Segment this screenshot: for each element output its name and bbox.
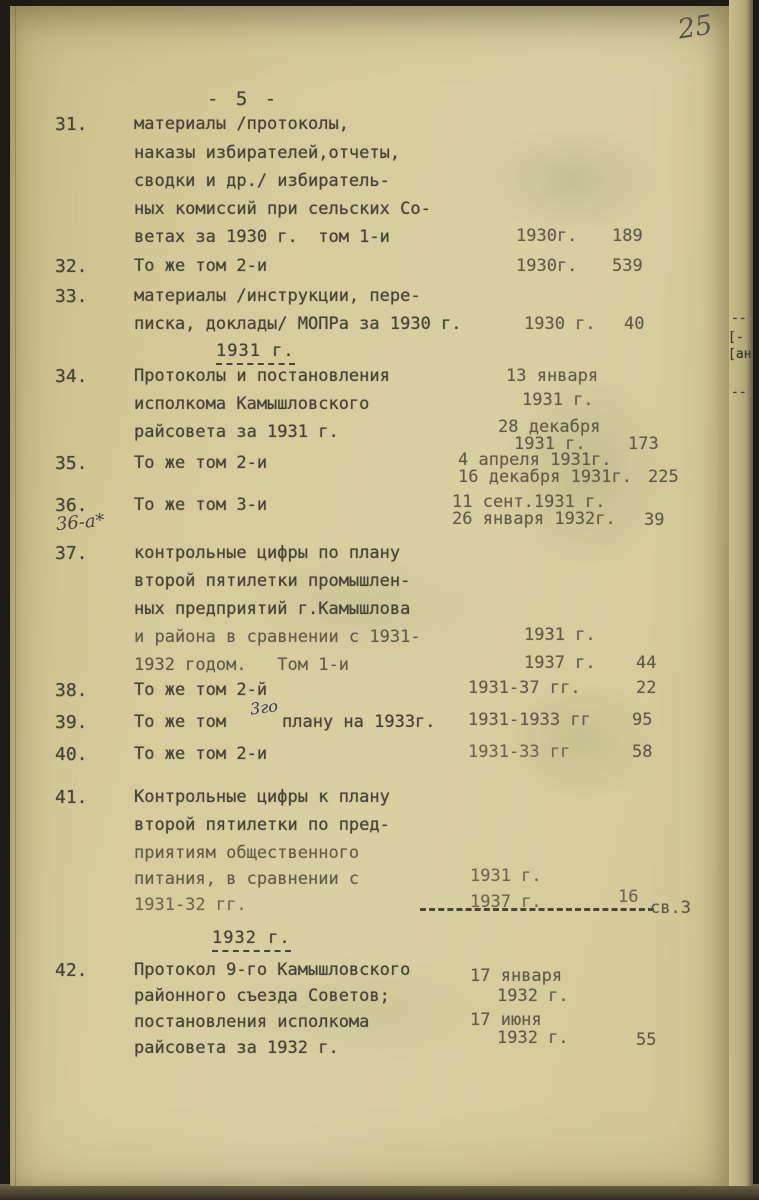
ink-annotation: 3го <box>249 698 279 717</box>
date-line: 16 декабря 1931г. <box>458 469 632 486</box>
entry-number: 42. <box>55 962 88 980</box>
date-line: 1931 г. <box>524 627 596 644</box>
date-line: 17 января <box>470 968 562 985</box>
description-line: Контрольные цифры к плану <box>134 789 390 806</box>
sheet-count: 40 <box>624 316 644 333</box>
date-line: 1930г. <box>516 228 577 245</box>
description-line: питания, в сравнении с <box>134 871 359 888</box>
year-heading: 1931 г. <box>216 343 295 365</box>
description-line: сводки и др./ избиратель- <box>134 173 390 190</box>
entry-number: 34. <box>55 368 88 386</box>
description-line: второй пятилетки по пред- <box>134 817 390 834</box>
date-line: 1931-37 гг. <box>468 680 581 697</box>
description-line: То же том <box>134 714 226 731</box>
date-line: 1930г. <box>516 258 577 275</box>
bleed-through-smudge <box>500 680 660 800</box>
description-line: То же том 2-и <box>134 258 267 275</box>
description-line: То же том 2-и <box>134 455 267 472</box>
date-line: 1931 г. <box>470 868 542 885</box>
description-line: Протокол 9-го Камышловского <box>134 962 410 979</box>
sheet-count: 225 <box>648 469 679 486</box>
description-line: ных комиссий при сельских Со- <box>134 201 431 218</box>
date-line: 1931-1933 гг <box>468 712 591 729</box>
description-line: материалы /инструкции, пере- <box>134 288 421 305</box>
description-line: То же том 3-и <box>134 497 267 514</box>
bleed-through-smudge <box>480 125 660 235</box>
margin-note-handwritten: 36-а* <box>55 512 105 534</box>
description-line: районного съезда Советов; <box>134 988 390 1005</box>
entry-number: 32. <box>55 258 88 276</box>
sheet-count: 16 <box>618 889 638 906</box>
description-line: райсовета за 1931 г. <box>134 424 339 441</box>
edge-text-fragment: [- <box>728 331 744 344</box>
edge-text-fragment: [ан <box>728 348 751 361</box>
date-line: 1932 г. <box>497 988 569 1005</box>
description-line: То же том 2-й <box>134 682 267 699</box>
date-line: 1937 г. <box>524 655 596 672</box>
entry-number: 38. <box>55 682 88 700</box>
sheet-count: 55 <box>636 1032 656 1049</box>
sheet-count: 22 <box>636 680 656 697</box>
edge-text-fragment: -- <box>731 312 747 325</box>
description-line: ветах за 1930 г. том 1-и <box>134 229 390 246</box>
date-line: 17 июня <box>470 1012 542 1029</box>
date-line: 1930 г. <box>524 316 596 333</box>
underlying-page-edge <box>729 0 753 1186</box>
date-line: 1932 г. <box>497 1030 569 1047</box>
description-line: писка, доклады/ МОПРа за 1930 г. <box>134 316 462 333</box>
description-line: наказы избирателей,отчеты, <box>134 145 400 162</box>
scan-table-edge <box>0 1184 759 1200</box>
pencil-page-number: 25 <box>676 11 714 43</box>
date-line: 1931-33 гг <box>468 744 570 761</box>
sheet-count: 189 <box>612 228 643 245</box>
sheet-count: 539 <box>612 258 643 275</box>
entry-number: 33. <box>55 288 88 306</box>
date-line: 1931 г. <box>522 392 594 409</box>
entry-number: 31. <box>55 116 88 134</box>
entry-number: 40. <box>55 746 88 764</box>
year-heading: 1932 г. <box>212 930 291 952</box>
sheet-count: 39 <box>644 512 664 529</box>
date-line: 13 января <box>506 368 598 385</box>
description-line: приятиям общественного <box>134 845 359 862</box>
description-line: Протоколы и постановления <box>134 368 390 385</box>
sheet-count: 173 <box>628 436 659 453</box>
description-line: контрольные цифры по плану <box>134 545 400 562</box>
entry-number: 41. <box>55 789 88 807</box>
description-line: плану на 1933г. <box>282 714 436 731</box>
description-line: 1932 годом. Том 1-и <box>134 657 349 674</box>
description-line: исполкома Камышловского <box>134 396 369 413</box>
description-line: постановления исполкома <box>134 1014 369 1031</box>
sheet-count: 58 <box>632 744 652 761</box>
description-line: райсовета за 1932 г. <box>134 1040 339 1057</box>
entry-number: 35. <box>55 455 88 473</box>
description-line: ных предприятий г.Камышлова <box>134 601 410 618</box>
edge-text-fragment: -- <box>731 386 747 399</box>
entry-number: 39. <box>55 714 88 732</box>
dashed-separator <box>420 908 654 911</box>
sheet-count: 95 <box>632 712 652 729</box>
sheet-count: 44 <box>636 655 656 672</box>
bundle-note: св.3 <box>650 900 691 917</box>
description-line: материалы /протоколы, <box>134 116 349 133</box>
page-crease <box>15 6 16 1186</box>
description-line: То же том 2-и <box>134 746 267 763</box>
entry-number: 37. <box>55 545 88 563</box>
scanned-archive-page: 25 - 5 - 31. материалы /протоколы, наказ… <box>0 0 759 1200</box>
typed-page-number: - 5 - <box>207 90 279 109</box>
description-line: 1931-32 гг. <box>134 897 247 914</box>
date-line: 26 января 1932г. <box>452 511 616 528</box>
description-line: второй пятилетки промышлен- <box>134 573 410 590</box>
description-line: и района в сравнении с 1931- <box>134 629 421 646</box>
